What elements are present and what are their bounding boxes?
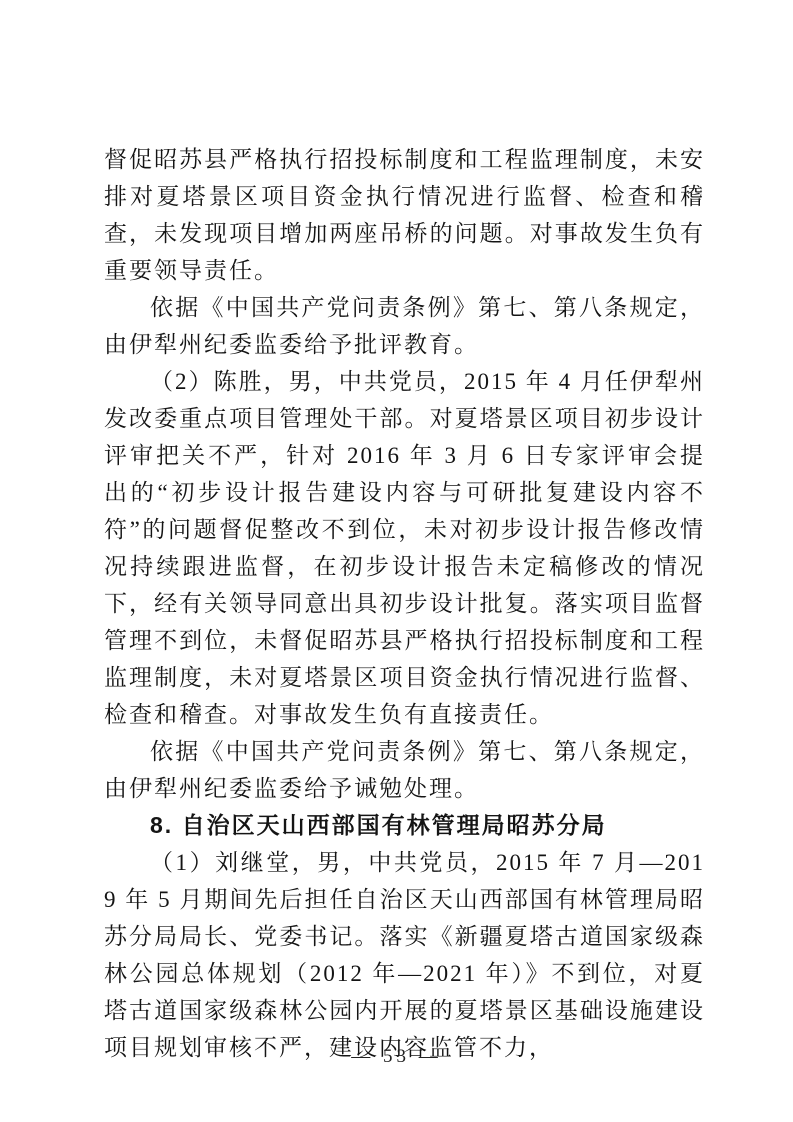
paragraph-sanction: 依据《中国共产党问责条例》第七、第八条规定，由伊犁州纪委监委给予批评教育。 [104, 289, 705, 363]
section-heading: 8. 自治区天山西部国有林管理局昭苏分局 [104, 807, 705, 844]
document-body: 督促昭苏县严格执行招投标制度和工程监理制度，未安排对夏塔景区项目资金执行情况进行… [104, 141, 705, 1066]
document-page: 督促昭苏县严格执行招投标制度和工程监理制度，未安排对夏塔景区项目资金执行情况进行… [0, 0, 793, 1122]
paragraph-person-2: （2）陈胜，男，中共党员，2015 年 4 月任伊犁州发改委重点项目管理处干部。… [104, 363, 705, 733]
paragraph-person-1: （1）刘继堂，男，中共党员，2015 年 7 月—2019 年 5 月期间先后担… [104, 844, 705, 1066]
page-number: — 53 — [0, 1046, 793, 1068]
paragraph-sanction-2: 依据《中国共产党问责条例》第七、第八条规定，由伊犁州纪委监委给予诫勉处理。 [104, 733, 705, 807]
paragraph-continuation: 督促昭苏县严格执行招投标制度和工程监理制度，未安排对夏塔景区项目资金执行情况进行… [104, 141, 705, 289]
